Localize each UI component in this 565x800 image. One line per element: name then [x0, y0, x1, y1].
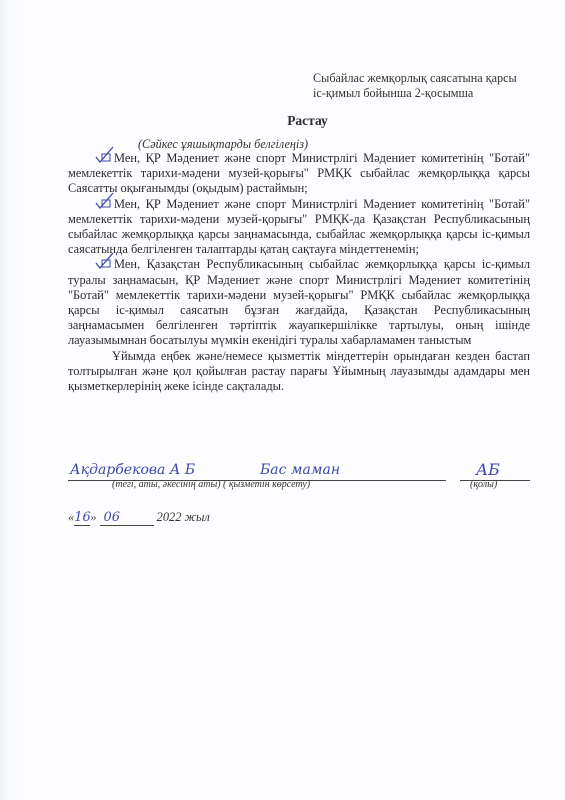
handwritten-name: Ақдарбекова А Б — [70, 462, 195, 478]
date-day: 16 — [74, 510, 90, 526]
document-body: Мен, ҚР Мәдениет және спорт Министрлігі … — [68, 151, 530, 394]
checkbox-checked-icon[interactable] — [94, 198, 112, 209]
date-month: 06 — [100, 510, 154, 526]
document-title: Растау — [0, 113, 565, 129]
statement-text-1: Мен, ҚР Мәдениет және спорт Министрлігі … — [68, 151, 530, 195]
statement-text-3: Мен, Қазақстан Республикасының сыбайлас … — [68, 257, 530, 347]
checkbox-checked-icon[interactable] — [94, 152, 112, 163]
handwritten-signature: АБ — [476, 460, 500, 479]
date-year: 2022 жыл — [157, 510, 210, 524]
label-signature: (қолы) — [470, 479, 497, 490]
statement-paragraph-3: Мен, Қазақстан Республикасының сыбайлас … — [68, 257, 530, 348]
instruction-hint: (Сәйкес ұяшықтарды белгілеңіз) — [138, 137, 308, 152]
statement-paragraph-2: Мен, ҚР Мәдениет және спорт Министрлігі … — [68, 197, 530, 258]
closing-paragraph: Ұйымда еңбек және/немесе қызметтік мінде… — [68, 349, 530, 395]
statement-text-2: Мен, ҚР Мәдениет және спорт Министрлігі … — [68, 197, 530, 257]
annex-line-1: Сыбайлас жемқорлық саясатына қарсы — [313, 71, 517, 86]
label-position: ( қызметін көрсету) — [223, 479, 310, 490]
handwritten-position: Бас маман — [260, 462, 340, 478]
checkbox-checked-icon[interactable] — [94, 258, 112, 269]
date-close-quote: » — [90, 510, 96, 524]
annex-header: Сыбайлас жемқорлық саясатына қарсы іс-қи… — [313, 71, 517, 101]
document-page: Сыбайлас жемқорлық саясатына қарсы іс-қи… — [0, 0, 565, 800]
label-full-name: (тегі, аты, әкесінің аты) — [112, 479, 221, 490]
statement-paragraph-1: Мен, ҚР Мәдениет және спорт Министрлігі … — [68, 151, 530, 197]
annex-line-2: іс-қимыл бойынша 2-қосымша — [313, 86, 517, 101]
date-line: «16» 06 2022 жыл — [68, 510, 210, 526]
